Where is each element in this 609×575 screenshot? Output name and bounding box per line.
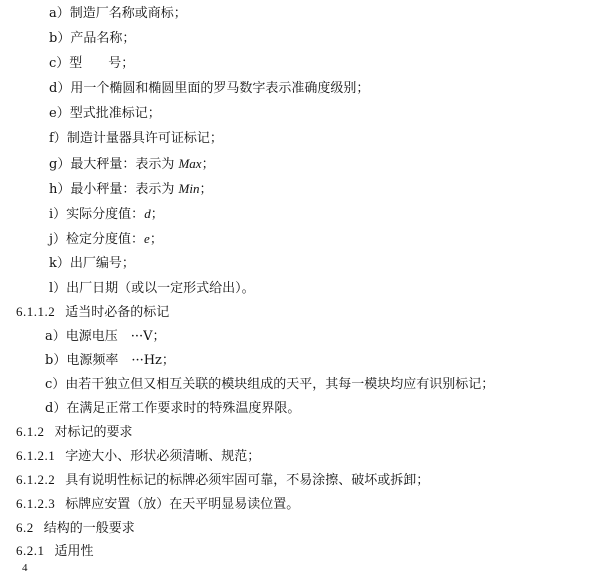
item-text: 制造计量器具许可证标记； bbox=[67, 131, 223, 146]
section-number: 6.2.1 bbox=[16, 543, 45, 559]
page-number: 4 bbox=[22, 562, 28, 574]
item-text: 出厂编号； bbox=[70, 256, 135, 271]
list-item-k: k）出厂编号； bbox=[49, 256, 135, 272]
item-text: 电源频率 ···Hz； bbox=[66, 353, 175, 368]
list-item-i: i）实际分度值：d； bbox=[49, 206, 164, 223]
section-title: 具有说明性标记的标牌必须牢固可靠，不易涂擦、破坏或拆卸； bbox=[65, 473, 429, 488]
section-title: 结构的一般要求 bbox=[44, 521, 135, 536]
italic-symbol: Min bbox=[179, 181, 200, 196]
item-text: 制造厂名称或商标； bbox=[70, 6, 187, 21]
section-heading-6-2-1: 6.2.1适用性 bbox=[16, 543, 94, 560]
item-tail: ； bbox=[151, 207, 164, 222]
item-text: 最小秤量：表示为 bbox=[70, 182, 178, 197]
list-item-a: a）制造厂名称或商标； bbox=[49, 6, 187, 22]
item-label: e） bbox=[49, 106, 70, 122]
section-heading-6-1-2-1: 6.1.2.1字迹大小、形状必须清晰、规范； bbox=[16, 448, 260, 465]
item-label: i） bbox=[49, 207, 66, 223]
item-label: l） bbox=[49, 281, 66, 297]
item-text: 出厂日期（或以一定形式给出）。 bbox=[66, 281, 255, 296]
item-label: d） bbox=[45, 401, 66, 417]
section-heading-6-1-2-3: 6.1.2.3标牌应安置（放）在天平明显易读位置。 bbox=[16, 496, 299, 513]
list-item-b: b）产品名称； bbox=[49, 31, 135, 47]
item-label: j） bbox=[49, 232, 66, 248]
list-item-f: f）制造计量器具许可证标记； bbox=[49, 131, 223, 147]
item-text: 用一个椭圆和椭圆里面的罗马数字表示准确度级别； bbox=[70, 81, 369, 96]
item-label: c） bbox=[45, 377, 65, 393]
item-text: 电源电压 ···V； bbox=[66, 329, 166, 344]
item-label: h） bbox=[49, 182, 70, 198]
list-item-e: e）型式批准标记； bbox=[49, 106, 161, 122]
item-label: g） bbox=[49, 157, 70, 173]
list-item-g: g）最大秤量：表示为 Max； bbox=[49, 156, 215, 173]
section-number: 6.1.2.1 bbox=[16, 448, 55, 464]
item-label: c） bbox=[49, 56, 69, 72]
section-title: 适当时必备的标记 bbox=[65, 305, 169, 320]
list-item-d: d）用一个椭圆和椭圆里面的罗马数字表示准确度级别； bbox=[49, 81, 369, 97]
item-text: 由若干独立但又相互关联的模块组成的天平，其每一模块均应有识别标记； bbox=[65, 377, 494, 392]
section-number: 6.1.1.2 bbox=[16, 304, 55, 320]
item-label: b） bbox=[45, 353, 66, 369]
item-text: 检定分度值： bbox=[66, 232, 144, 247]
item-tail: ； bbox=[199, 182, 212, 197]
section-title: 适用性 bbox=[55, 544, 94, 559]
list-item-l: l）出厂日期（或以一定形式给出）。 bbox=[49, 281, 255, 297]
list2-item-b: b）电源频率 ···Hz； bbox=[45, 353, 175, 369]
item-label: k） bbox=[49, 256, 70, 272]
section-number: 6.1.2.2 bbox=[16, 472, 55, 488]
item-label: a） bbox=[45, 329, 66, 345]
item-label: a） bbox=[49, 6, 70, 22]
item-tail: ； bbox=[202, 157, 215, 172]
section-heading-6-1-2: 6.1.2对标记的要求 bbox=[16, 424, 133, 441]
list2-item-a: a）电源电压 ···V； bbox=[45, 329, 166, 345]
list-item-h: h）最小秤量：表示为 Min； bbox=[49, 181, 212, 198]
item-label: f） bbox=[49, 131, 67, 147]
list2-item-d: d）在满足正常工作要求时的特殊温度界限。 bbox=[45, 401, 300, 417]
item-label: b） bbox=[49, 31, 70, 47]
section-title: 对标记的要求 bbox=[55, 425, 133, 440]
italic-symbol: Max bbox=[178, 156, 201, 171]
item-label: d） bbox=[49, 81, 70, 97]
section-title: 字迹大小、形状必须清晰、规范； bbox=[65, 449, 260, 464]
section-number: 6.1.2 bbox=[16, 424, 45, 440]
item-text: 型 号； bbox=[69, 56, 134, 71]
item-text: 实际分度值： bbox=[66, 207, 144, 222]
section-heading-6-2: 6.2结构的一般要求 bbox=[16, 520, 135, 537]
list2-item-c: c）由若干独立但又相互关联的模块组成的天平，其每一模块均应有识别标记； bbox=[45, 377, 494, 393]
item-text: 产品名称； bbox=[70, 31, 135, 46]
list-item-j: j）检定分度值：e； bbox=[49, 231, 163, 248]
item-text: 最大秤量：表示为 bbox=[70, 157, 178, 172]
list-item-c: c）型 号； bbox=[49, 56, 134, 72]
item-tail: ； bbox=[150, 232, 163, 247]
section-title: 标牌应安置（放）在天平明显易读位置。 bbox=[65, 497, 299, 512]
section-heading-6-1-2-2: 6.1.2.2具有说明性标记的标牌必须牢固可靠，不易涂擦、破坏或拆卸； bbox=[16, 472, 429, 489]
item-text: 在满足正常工作要求时的特殊温度界限。 bbox=[66, 401, 300, 416]
section-number: 6.1.2.3 bbox=[16, 496, 55, 512]
item-text: 型式批准标记； bbox=[70, 106, 161, 121]
section-number: 6.2 bbox=[16, 520, 34, 536]
section-heading-6-1-1-2: 6.1.1.2适当时必备的标记 bbox=[16, 304, 169, 321]
